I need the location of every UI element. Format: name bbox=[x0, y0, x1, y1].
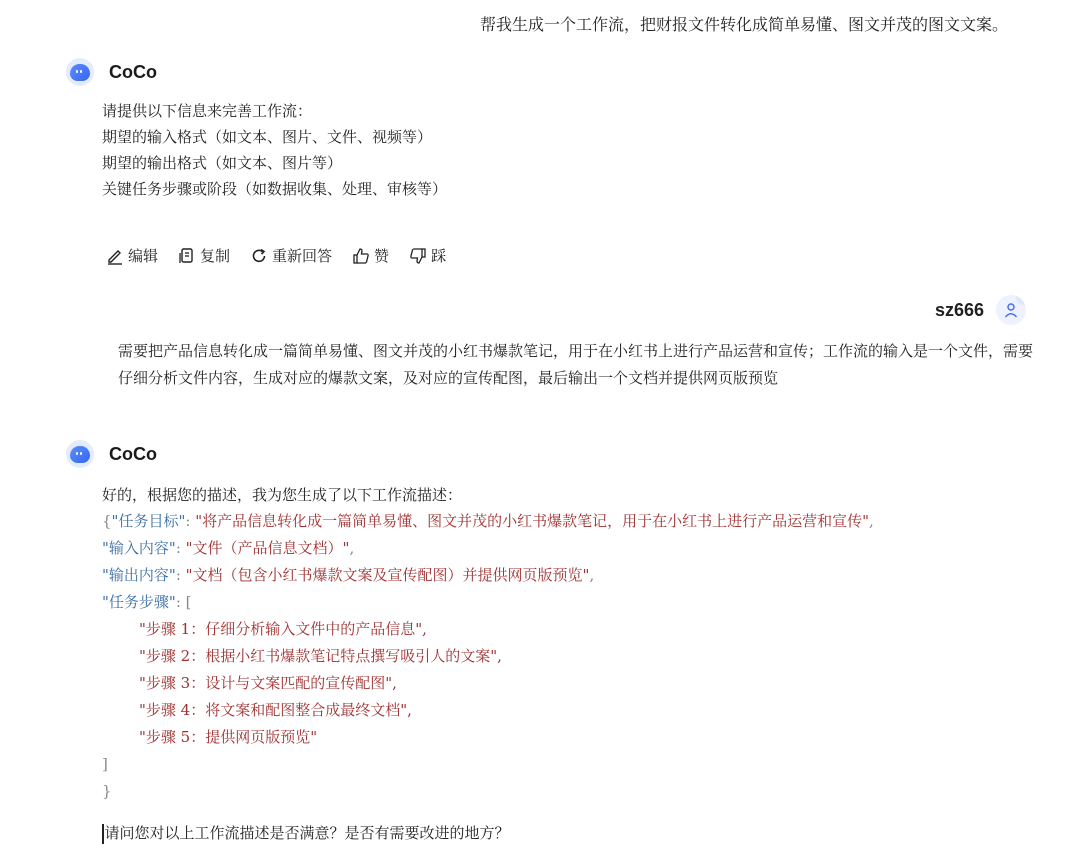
dislike-button[interactable]: 踩 bbox=[409, 245, 446, 266]
user-message-1: 帮我生成一个工作流，把财报文件转化成简单易懂、图文并茂的图文文案。 bbox=[480, 12, 1008, 35]
user-icon bbox=[1003, 302, 1019, 318]
thumbs-up-icon bbox=[352, 247, 370, 265]
user-message-2: 需要把产品信息转化成一篇简单易懂、图文并茂的小红书爆款笔记，用于在小红书上进行产… bbox=[118, 338, 1033, 392]
bot-name: CoCo bbox=[109, 444, 157, 465]
coco-blob-icon bbox=[70, 446, 90, 463]
user-name: sz666 bbox=[935, 300, 984, 321]
bot-name: CoCo bbox=[109, 62, 157, 83]
refresh-icon bbox=[250, 247, 268, 265]
bot-header-1: CoCo bbox=[66, 58, 157, 86]
copy-button[interactable]: 复制 bbox=[178, 245, 230, 266]
bot-header-2: CoCo bbox=[66, 440, 157, 468]
bot-line: 期望的输入格式（如文本、图片、文件、视频等） bbox=[102, 124, 447, 150]
bot-intro: 好的，根据您的描述，我为您生成了以下工作流描述： bbox=[102, 482, 462, 508]
workflow-json: {"任务目标": "将产品信息转化成一篇简单易懂、图文并茂的小红书爆款笔记，用于… bbox=[102, 508, 874, 805]
edit-button[interactable]: 编辑 bbox=[106, 245, 158, 266]
regenerate-button[interactable]: 重新回答 bbox=[250, 245, 332, 266]
coco-blob-icon bbox=[70, 64, 90, 81]
step-item: "步骤 4：将文案和配图整合成最终文档", bbox=[102, 697, 874, 724]
bot-avatar bbox=[66, 58, 94, 86]
bot-closing-question: 请问您对以上工作流描述是否满意？是否有需要改进的地方？ bbox=[102, 822, 510, 844]
pencil-icon bbox=[106, 247, 124, 265]
bot-avatar bbox=[66, 440, 94, 468]
thumbs-down-icon bbox=[409, 247, 427, 265]
text-cursor bbox=[102, 824, 104, 844]
copy-icon bbox=[178, 247, 196, 265]
message-actions: 编辑 复制 重新回答 赞 踩 bbox=[106, 245, 466, 266]
bot-message-1: 请提供以下信息来完善工作流： 期望的输入格式（如文本、图片、文件、视频等） 期望… bbox=[102, 98, 447, 202]
step-item: "步骤 1：仔细分析输入文件中的产品信息", bbox=[102, 616, 874, 643]
user-avatar bbox=[996, 295, 1026, 325]
like-button[interactable]: 赞 bbox=[352, 245, 389, 266]
user-header: sz666 bbox=[935, 295, 1026, 325]
bot-line: 期望的输出格式（如文本、图片等） bbox=[102, 150, 447, 176]
bot-line: 请提供以下信息来完善工作流： bbox=[102, 98, 447, 124]
step-item: "步骤 5：提供网页版预览" bbox=[102, 724, 874, 751]
bot-line: 关键任务步骤或阶段（如数据收集、处理、审核等） bbox=[102, 176, 447, 202]
step-item: "步骤 2：根据小红书爆款笔记特点撰写吸引人的文案", bbox=[102, 643, 874, 670]
step-item: "步骤 3：设计与文案匹配的宣传配图", bbox=[102, 670, 874, 697]
